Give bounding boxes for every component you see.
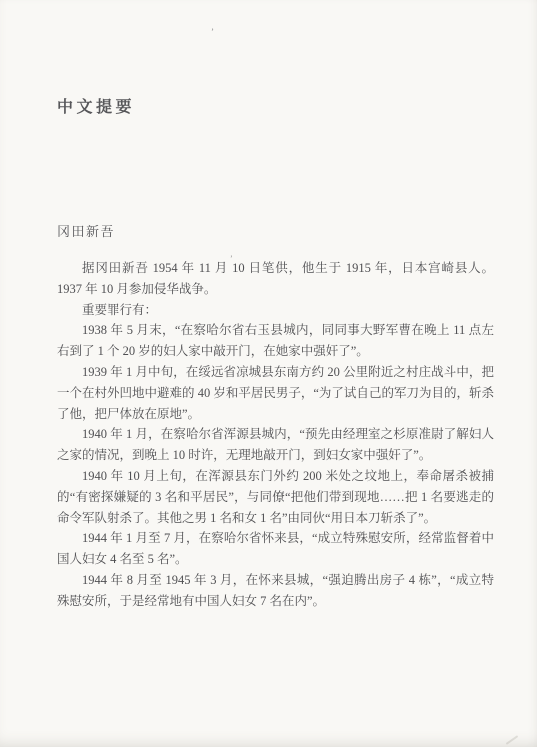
paragraph-1938: 1938 年 5 月末，“在察哈尔省右玉县城内，同同事大野军曹在晚上 11 点左… bbox=[57, 320, 494, 362]
paragraph-1940-jan: 1940 年 1 月，在察哈尔省浑源县城内，“预先由经理室之杉原准尉了解妇人之家… bbox=[57, 424, 494, 466]
paragraph-1944-aug: 1944 年 8 月至 1945 年 3 月，在怀来县城，“强迫腾出房子 4 栋… bbox=[57, 570, 494, 612]
paragraph-crimes-intro: 重要罪行有： bbox=[57, 300, 494, 321]
document-body: 据冈田新吾 1954 年 11 月 10 日笔供，他生于 1915 年，日本宫崎… bbox=[57, 258, 494, 612]
paragraph-biography: 据冈田新吾 1954 年 11 月 10 日笔供，他生于 1915 年，日本宫崎… bbox=[57, 258, 494, 300]
ink-speck: ’ bbox=[211, 28, 214, 37]
paragraph-1944-jan: 1944 年 1 月至 7 月，在察哈尔省怀来县，“成立特殊慰安所，经常监督着中… bbox=[57, 528, 494, 570]
page-title: 中文提要 bbox=[57, 94, 135, 117]
scanned-document-page: ’ 中文提要 冈田新吾 ’ 据冈田新吾 1954 年 11 月 10 日笔供，他… bbox=[0, 0, 537, 747]
paragraph-1939: 1939 年 1 月中旬，在绥远省凉城县东南方约 20 公里附近之村庄战斗中，把… bbox=[57, 362, 494, 424]
author-name: 冈田新吾 bbox=[57, 221, 115, 240]
scan-edge-artifact bbox=[506, 735, 519, 745]
paragraph-1940-oct: 1940 年 10 月上旬，在浑源县东门外约 200 米处之坟地上，奉命屠杀被捕… bbox=[57, 466, 494, 528]
